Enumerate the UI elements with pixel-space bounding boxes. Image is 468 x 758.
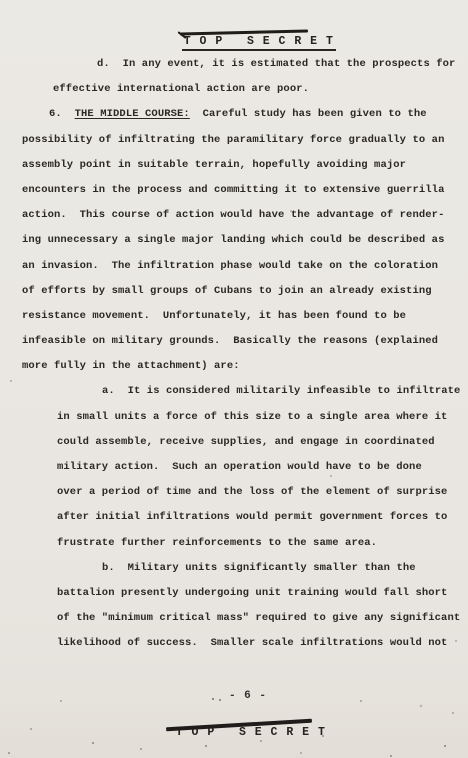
text-line: action. This course of action would have… (22, 203, 462, 228)
text-line: in small units a force of this size to a… (57, 405, 462, 430)
text-line: an invasion. The infiltration phase woul… (22, 254, 462, 279)
section-heading: THE MIDDLE COURSE: (75, 108, 190, 120)
text-line: of the "minimum critical mass" required … (57, 606, 462, 631)
text-segment: Careful study has been given to the (190, 108, 427, 120)
document-text-block: d. In any event, it is estimated that th… (22, 52, 462, 657)
text-line: more fully in the attachment) are: (22, 354, 462, 379)
text-line: over a period of time and the loss of th… (57, 480, 462, 505)
text-line: encounters in the process and committing… (22, 178, 462, 203)
text-line: likelihood of success. Smaller scale inf… (57, 631, 462, 656)
text-line: assembly point in suitable terrain, hope… (22, 153, 462, 178)
text-line: 6. THE MIDDLE COURSE: Careful study has … (49, 102, 462, 127)
text-line: ing unnecessary a single major landing w… (22, 228, 462, 253)
text-line: could assemble, receive supplies, and en… (57, 430, 462, 455)
text-line: infeasible on military grounds. Basicall… (22, 329, 462, 354)
text-line: battalion presently undergoing unit trai… (57, 581, 462, 606)
text-line: d. In any event, it is estimated that th… (97, 52, 462, 77)
text-line: effective international action are poor. (53, 77, 462, 102)
text-line: a. It is considered militarily infeasibl… (102, 379, 462, 404)
text-line: b. Military units significantly smaller … (102, 556, 462, 581)
text-line: military action. Such an operation would… (57, 455, 462, 480)
text-segment: 6. (49, 108, 75, 120)
scan-noise-specks (0, 0, 2, 2)
text-line: of efforts by small groups of Cubans to … (22, 279, 462, 304)
classification-stamp-bottom: T O P S E C R E T (1, 713, 468, 752)
text-line: possibility of infiltrating the paramili… (22, 128, 462, 153)
text-line: resistance movement. Unfortunately, it h… (22, 304, 462, 329)
classification-stamp-top-text: T O P S E C R E T (182, 35, 336, 51)
page-number: - 6 - (14, 690, 468, 702)
text-line: frustrate further reinforcements to the … (57, 531, 462, 556)
text-line: after initial infiltrations would permit… (57, 505, 462, 530)
scanned-document-page: T O P S E C R E T d. In any event, it is… (0, 0, 468, 758)
